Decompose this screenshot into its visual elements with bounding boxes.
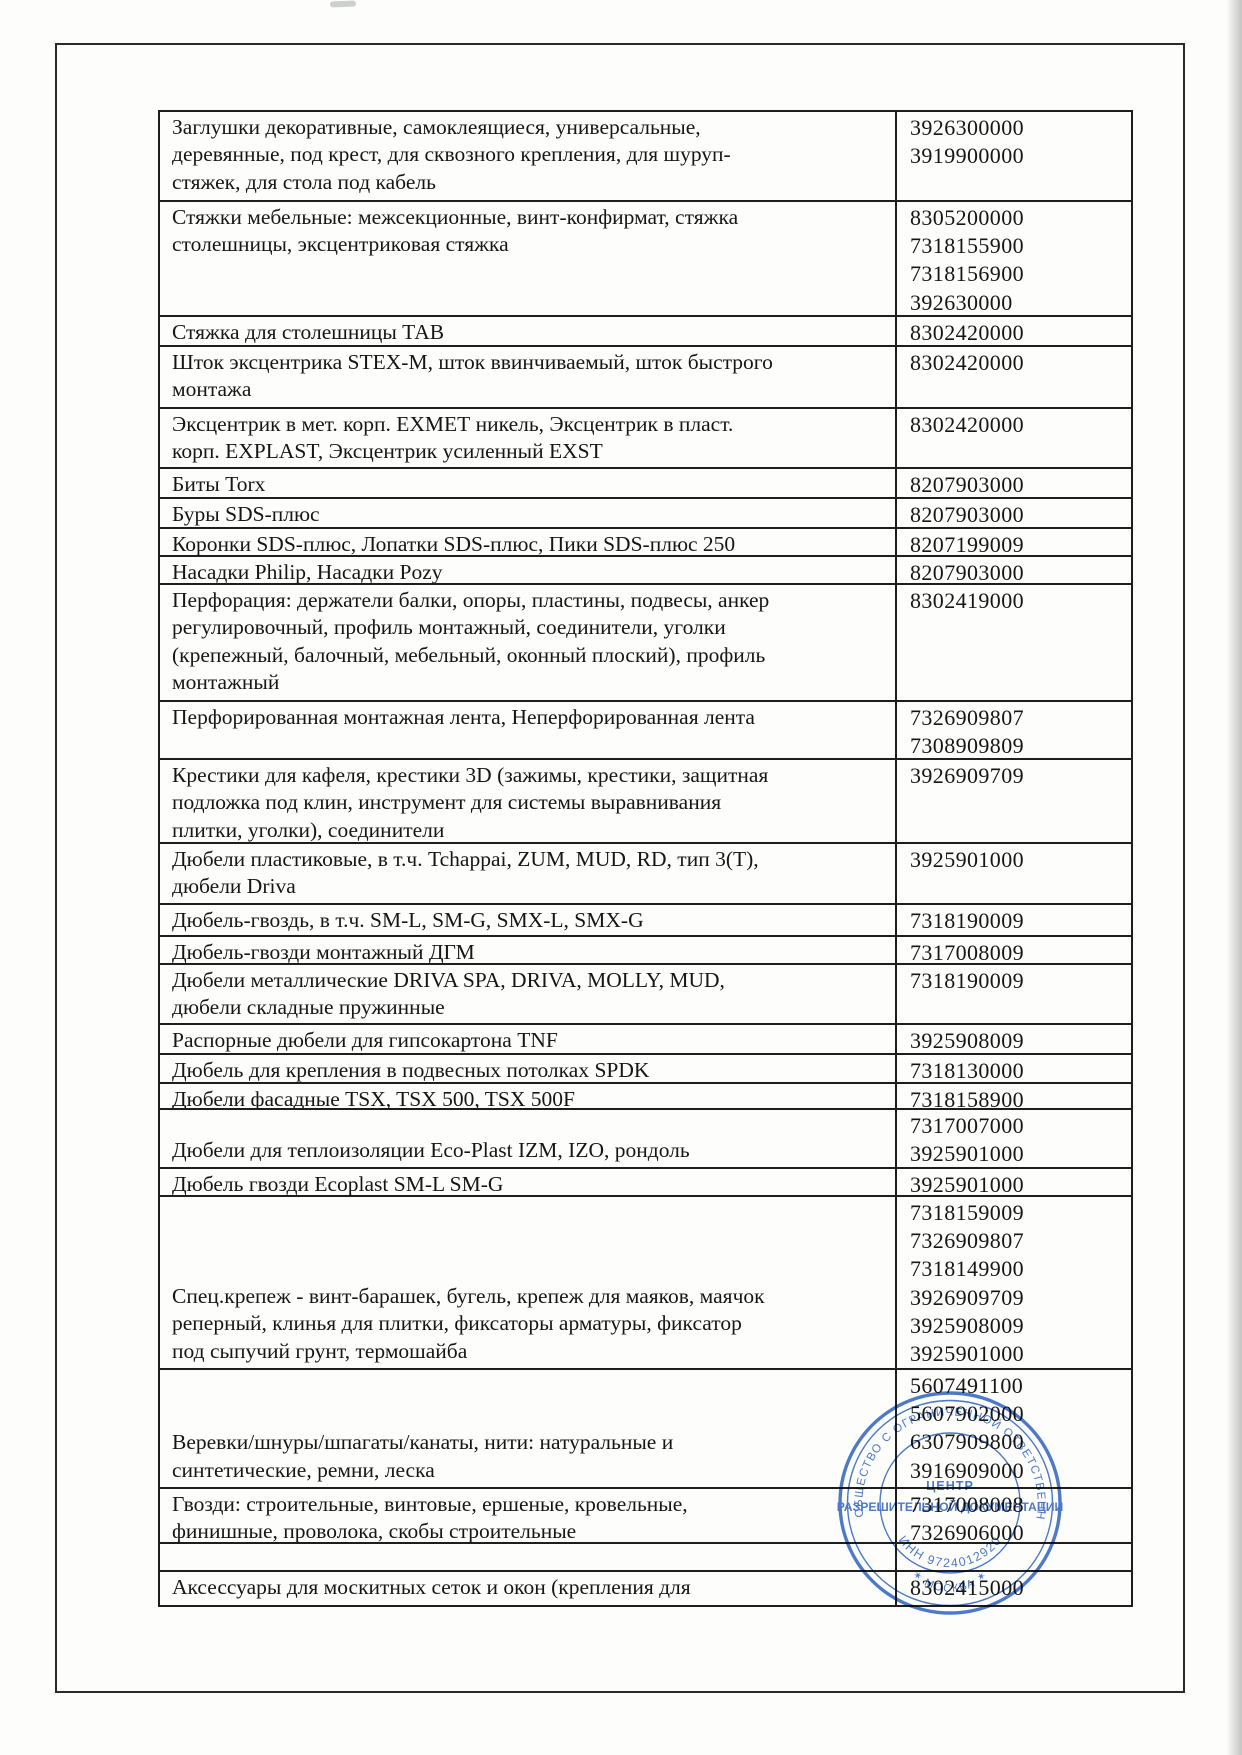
- hs-code-text: 8207903000: [910, 560, 1024, 583]
- product-description-cell: Буры SDS-плюс: [160, 499, 895, 527]
- product-description-text: Дюбели для теплоизоляции Eco-Plast IZM, …: [172, 1137, 885, 1164]
- hs-code-cell: 8207903000: [895, 499, 1131, 527]
- product-description-cell: Веревки/шнуры/шпагаты/канаты, нити: нату…: [160, 1370, 895, 1487]
- hs-code-cell: 8302419000: [895, 585, 1131, 700]
- product-description-cell: Заглушки декоративные, самоклеящиеся, ун…: [160, 112, 895, 200]
- hs-code-text: 8302420000: [910, 320, 1024, 345]
- product-description-cell: Эксцентрик в мет. корп. ЕХМЕТ никель, Эк…: [160, 409, 895, 467]
- hs-code-cell: 7317008009: [895, 937, 1131, 963]
- table-row: Дюбели фасадные TSX, TSX 500, TSX 500F 7…: [160, 1084, 1131, 1110]
- table-row: Дюбель для крепления в подвесных потолка…: [160, 1055, 1131, 1084]
- product-description-text: Дюбель для крепления в подвесных потолка…: [172, 1058, 649, 1082]
- product-description-cell: Распорные дюбели для гипсокартона TNF: [160, 1025, 895, 1053]
- hs-code-cell: 8302420000: [895, 317, 1131, 345]
- product-description-text: Коронки SDS-плюс, Лопатки SDS-плюс, Пики…: [172, 532, 735, 555]
- product-description-cell: Перфорация: держатели балки, опоры, плас…: [160, 585, 895, 700]
- product-description-text: Распорные дюбели для гипсокартона TNF: [172, 1028, 558, 1052]
- table-row: Крестики для кафеля, крестики 3D (зажимы…: [160, 760, 1131, 844]
- product-description-cell: Дюбель-гвозди монтажный ДГМ: [160, 937, 895, 963]
- table-row: Заглушки декоративные, самоклеящиеся, ун…: [160, 112, 1131, 202]
- hs-code-cell: 3926909709: [895, 760, 1131, 842]
- table-row: Перфорация: держатели балки, опоры, плас…: [160, 585, 1131, 702]
- hs-code-text: 3925908009: [910, 1028, 1024, 1053]
- hs-code-text: 8302419000: [910, 588, 1024, 613]
- hs-code-text: 7318190009: [910, 908, 1024, 933]
- product-description-text: Перфорация: держатели балки, опоры, плас…: [172, 588, 769, 694]
- hs-code-cell: 3925901000: [895, 1169, 1131, 1195]
- product-description-cell: Стяжки мебельные: межсекционные, винт-ко…: [160, 202, 895, 315]
- product-description-cell: Дюбели фасадные TSX, TSX 500, TSX 500F: [160, 1084, 895, 1108]
- scan-edge-shadow: [1226, 0, 1242, 1755]
- hs-code-cell: 7318130000: [895, 1055, 1131, 1082]
- hs-code-cell: 7318190009: [895, 965, 1131, 1023]
- hs-code-text: 3926300000 3919900000: [910, 115, 1024, 168]
- table-row: Биты Torx 8207903000: [160, 469, 1131, 499]
- hs-code-text: 8207903000: [910, 472, 1024, 497]
- product-description-cell: Насадки Philip, Насадки Pozy: [160, 557, 895, 583]
- hs-code-cell: 8302420000: [895, 347, 1131, 407]
- product-description-text: Дюбели металлические DRIVA SPA, DRIVA, M…: [172, 968, 725, 1019]
- product-description-cell: Шток эксцентрика STEX-M, шток ввинчиваем…: [160, 347, 895, 407]
- stamp-center-line2: РАЗРЕШИТЕЛЬНОЙ ДОКУМЕНТАЦИИ: [837, 1499, 1064, 1514]
- hs-code-cell: 7318158900: [895, 1084, 1131, 1108]
- hs-code-text: 3926909709: [910, 763, 1024, 788]
- hs-code-cell: 8305200000 7318155900 7318156900 3926300…: [895, 202, 1131, 315]
- product-description-cell: Дюбель гвозди Ecoplast SM-L SM-G: [160, 1169, 895, 1195]
- table-row: Стяжка для столешницы ТАВ 8302420000: [160, 317, 1131, 347]
- hs-code-cell: 7318159009 7326909807 7318149900 3926909…: [895, 1197, 1131, 1368]
- product-description-text: Эксцентрик в мет. корп. ЕХМЕТ никель, Эк…: [172, 412, 733, 463]
- product-description-text: Биты Torx: [172, 472, 265, 496]
- product-description-cell: Крестики для кафеля, крестики 3D (зажимы…: [160, 760, 895, 842]
- product-description-cell: Дюбели пластиковые, в т.ч. Tchappai, ZUM…: [160, 844, 895, 903]
- product-description-text: Заглушки декоративные, самоклеящиеся, ун…: [172, 115, 731, 194]
- stamp-inn-text: ИНН 9724012920: [896, 1533, 1005, 1570]
- hs-code-text: 7317008009: [910, 940, 1024, 963]
- product-description-text: Крестики для кафеля, крестики 3D (зажимы…: [172, 763, 768, 842]
- product-description-text: Стяжка для столешницы ТАВ: [172, 320, 444, 344]
- hs-code-text: 7318158900: [910, 1087, 1024, 1108]
- hs-code-text: 7326909807 7308909809: [910, 705, 1024, 758]
- hs-code-cell: 8207903000: [895, 557, 1131, 583]
- table-row: Шток эксцентрика STEX-M, шток ввинчиваем…: [160, 347, 1131, 409]
- product-description-text: Гвозди: строительные, винтовые, ершеные,…: [172, 1492, 688, 1542]
- hs-code-text: 7318190009: [910, 968, 1024, 993]
- table-row: Эксцентрик в мет. корп. ЕХМЕТ никель, Эк…: [160, 409, 1131, 469]
- hs-code-text: 8302420000: [910, 350, 1024, 375]
- hs-code-text: 7318130000: [910, 1058, 1024, 1082]
- product-description-text: Дюбели пластиковые, в т.ч. Tchappai, ZUM…: [172, 847, 759, 898]
- product-description-cell: Дюбели металлические DRIVA SPA, DRIVA, M…: [160, 965, 895, 1023]
- table-row: Дюбели пластиковые, в т.ч. Tchappai, ZUM…: [160, 844, 1131, 905]
- product-description-cell: [160, 1544, 895, 1570]
- hs-code-text: 3925901000: [910, 1172, 1024, 1195]
- scan-artifact-smudge: [330, 1, 356, 8]
- product-description-text: Стяжки мебельные: межсекционные, винт-ко…: [172, 205, 738, 256]
- table-row: Дюбели металлические DRIVA SPA, DRIVA, M…: [160, 965, 1131, 1025]
- table-row: Перфорированная монтажная лента, Неперфо…: [160, 702, 1131, 760]
- hs-code-text: 7317007000 3925901000: [910, 1113, 1024, 1166]
- hs-code-cell: 8207199009: [895, 529, 1131, 555]
- table-row: Распорные дюбели для гипсокартона TNF 39…: [160, 1025, 1131, 1055]
- table-row: Дюбель-гвоздь, в т.ч. SM-L, SM-G, SMX-L,…: [160, 905, 1131, 937]
- product-description-cell: Аксессуары для москитных сеток и окон (к…: [160, 1572, 895, 1605]
- round-company-stamp: ОБЩЕСТВО С ОГРАНИЧЕННОЙ ОТВЕТСТВЕННОСТЬЮ…: [836, 1389, 1064, 1617]
- product-description-cell: Перфорированная монтажная лента, Неперфо…: [160, 702, 895, 758]
- product-description-text: Насадки Philip, Насадки Pozy: [172, 560, 443, 583]
- product-description-text: Буры SDS-плюс: [172, 502, 320, 526]
- product-description-text: Веревки/шнуры/шпагаты/канаты, нити: нату…: [172, 1429, 885, 1484]
- product-description-cell: Гвозди: строительные, винтовые, ершеные,…: [160, 1489, 895, 1542]
- product-description-text: Перфорированная монтажная лента, Неперфо…: [172, 705, 755, 729]
- hs-code-cell: 3925901000: [895, 844, 1131, 903]
- hs-code-text: 8305200000 7318155900 7318156900 3926300…: [910, 205, 1024, 315]
- product-description-text: Аксессуары для москитных сеток и окон (к…: [172, 1575, 691, 1599]
- product-description-cell: Дюбель для крепления в подвесных потолка…: [160, 1055, 895, 1082]
- product-description-cell: Дюбель-гвоздь, в т.ч. SM-L, SM-G, SMX-L,…: [160, 905, 895, 935]
- hs-code-cell: 7317007000 3925901000: [895, 1110, 1131, 1167]
- product-description-text: Дюбели фасадные TSX, TSX 500, TSX 500F: [172, 1087, 575, 1108]
- product-description-cell: Дюбели для теплоизоляции Eco-Plast IZM, …: [160, 1110, 895, 1167]
- hs-code-table: Заглушки декоративные, самоклеящиеся, ун…: [158, 110, 1133, 1607]
- hs-code-text: 3925901000: [910, 847, 1024, 872]
- hs-code-cell: 8207903000: [895, 469, 1131, 497]
- table-row: Коронки SDS-плюс, Лопатки SDS-плюс, Пики…: [160, 529, 1131, 557]
- hs-code-text: 8302420000: [910, 412, 1024, 437]
- table-row: Стяжки мебельные: межсекционные, винт-ко…: [160, 202, 1131, 317]
- table-row: Дюбели для теплоизоляции Eco-Plast IZM, …: [160, 1110, 1131, 1169]
- product-description-text: Спец.крепеж - винт-барашек, бугель, креп…: [172, 1283, 885, 1365]
- product-description-cell: Спец.крепеж - винт-барашек, бугель, креп…: [160, 1197, 895, 1368]
- product-description-text: Дюбель гвозди Ecoplast SM-L SM-G: [172, 1172, 503, 1195]
- hs-code-cell: 7318190009: [895, 905, 1131, 935]
- hs-code-cell: 3926300000 3919900000: [895, 112, 1131, 200]
- table-row: Дюбель гвозди Ecoplast SM-L SM-G 3925901…: [160, 1169, 1131, 1197]
- product-description-text: Дюбель-гвозди монтажный ДГМ: [172, 940, 475, 963]
- table-row: Дюбель-гвозди монтажный ДГМ 7317008009: [160, 937, 1131, 965]
- product-description-cell: Стяжка для столешницы ТАВ: [160, 317, 895, 345]
- table-row: Насадки Philip, Насадки Pozy 8207903000: [160, 557, 1131, 585]
- table-row: Спец.крепеж - винт-барашек, бугель, креп…: [160, 1197, 1131, 1370]
- hs-code-text: 7318159009 7326909807 7318149900 3926909…: [910, 1200, 1024, 1366]
- hs-code-cell: 7326909807 7308909809: [895, 702, 1131, 758]
- product-description-cell: Биты Torx: [160, 469, 895, 497]
- table-row: Буры SDS-плюс 8207903000: [160, 499, 1131, 529]
- hs-code-text: 8207903000: [910, 502, 1024, 527]
- stamp-center-line1: ЦЕНТР: [926, 1479, 974, 1493]
- product-description-text: Дюбель-гвоздь, в т.ч. SM-L, SM-G, SMX-L,…: [172, 908, 644, 932]
- product-description-cell: Коронки SDS-плюс, Лопатки SDS-плюс, Пики…: [160, 529, 895, 555]
- product-description-text: Шток эксцентрика STEX-M, шток ввинчиваем…: [172, 350, 773, 401]
- hs-code-cell: 3925908009: [895, 1025, 1131, 1053]
- hs-code-cell: 8302420000: [895, 409, 1131, 467]
- hs-code-text: 8207199009: [910, 532, 1024, 555]
